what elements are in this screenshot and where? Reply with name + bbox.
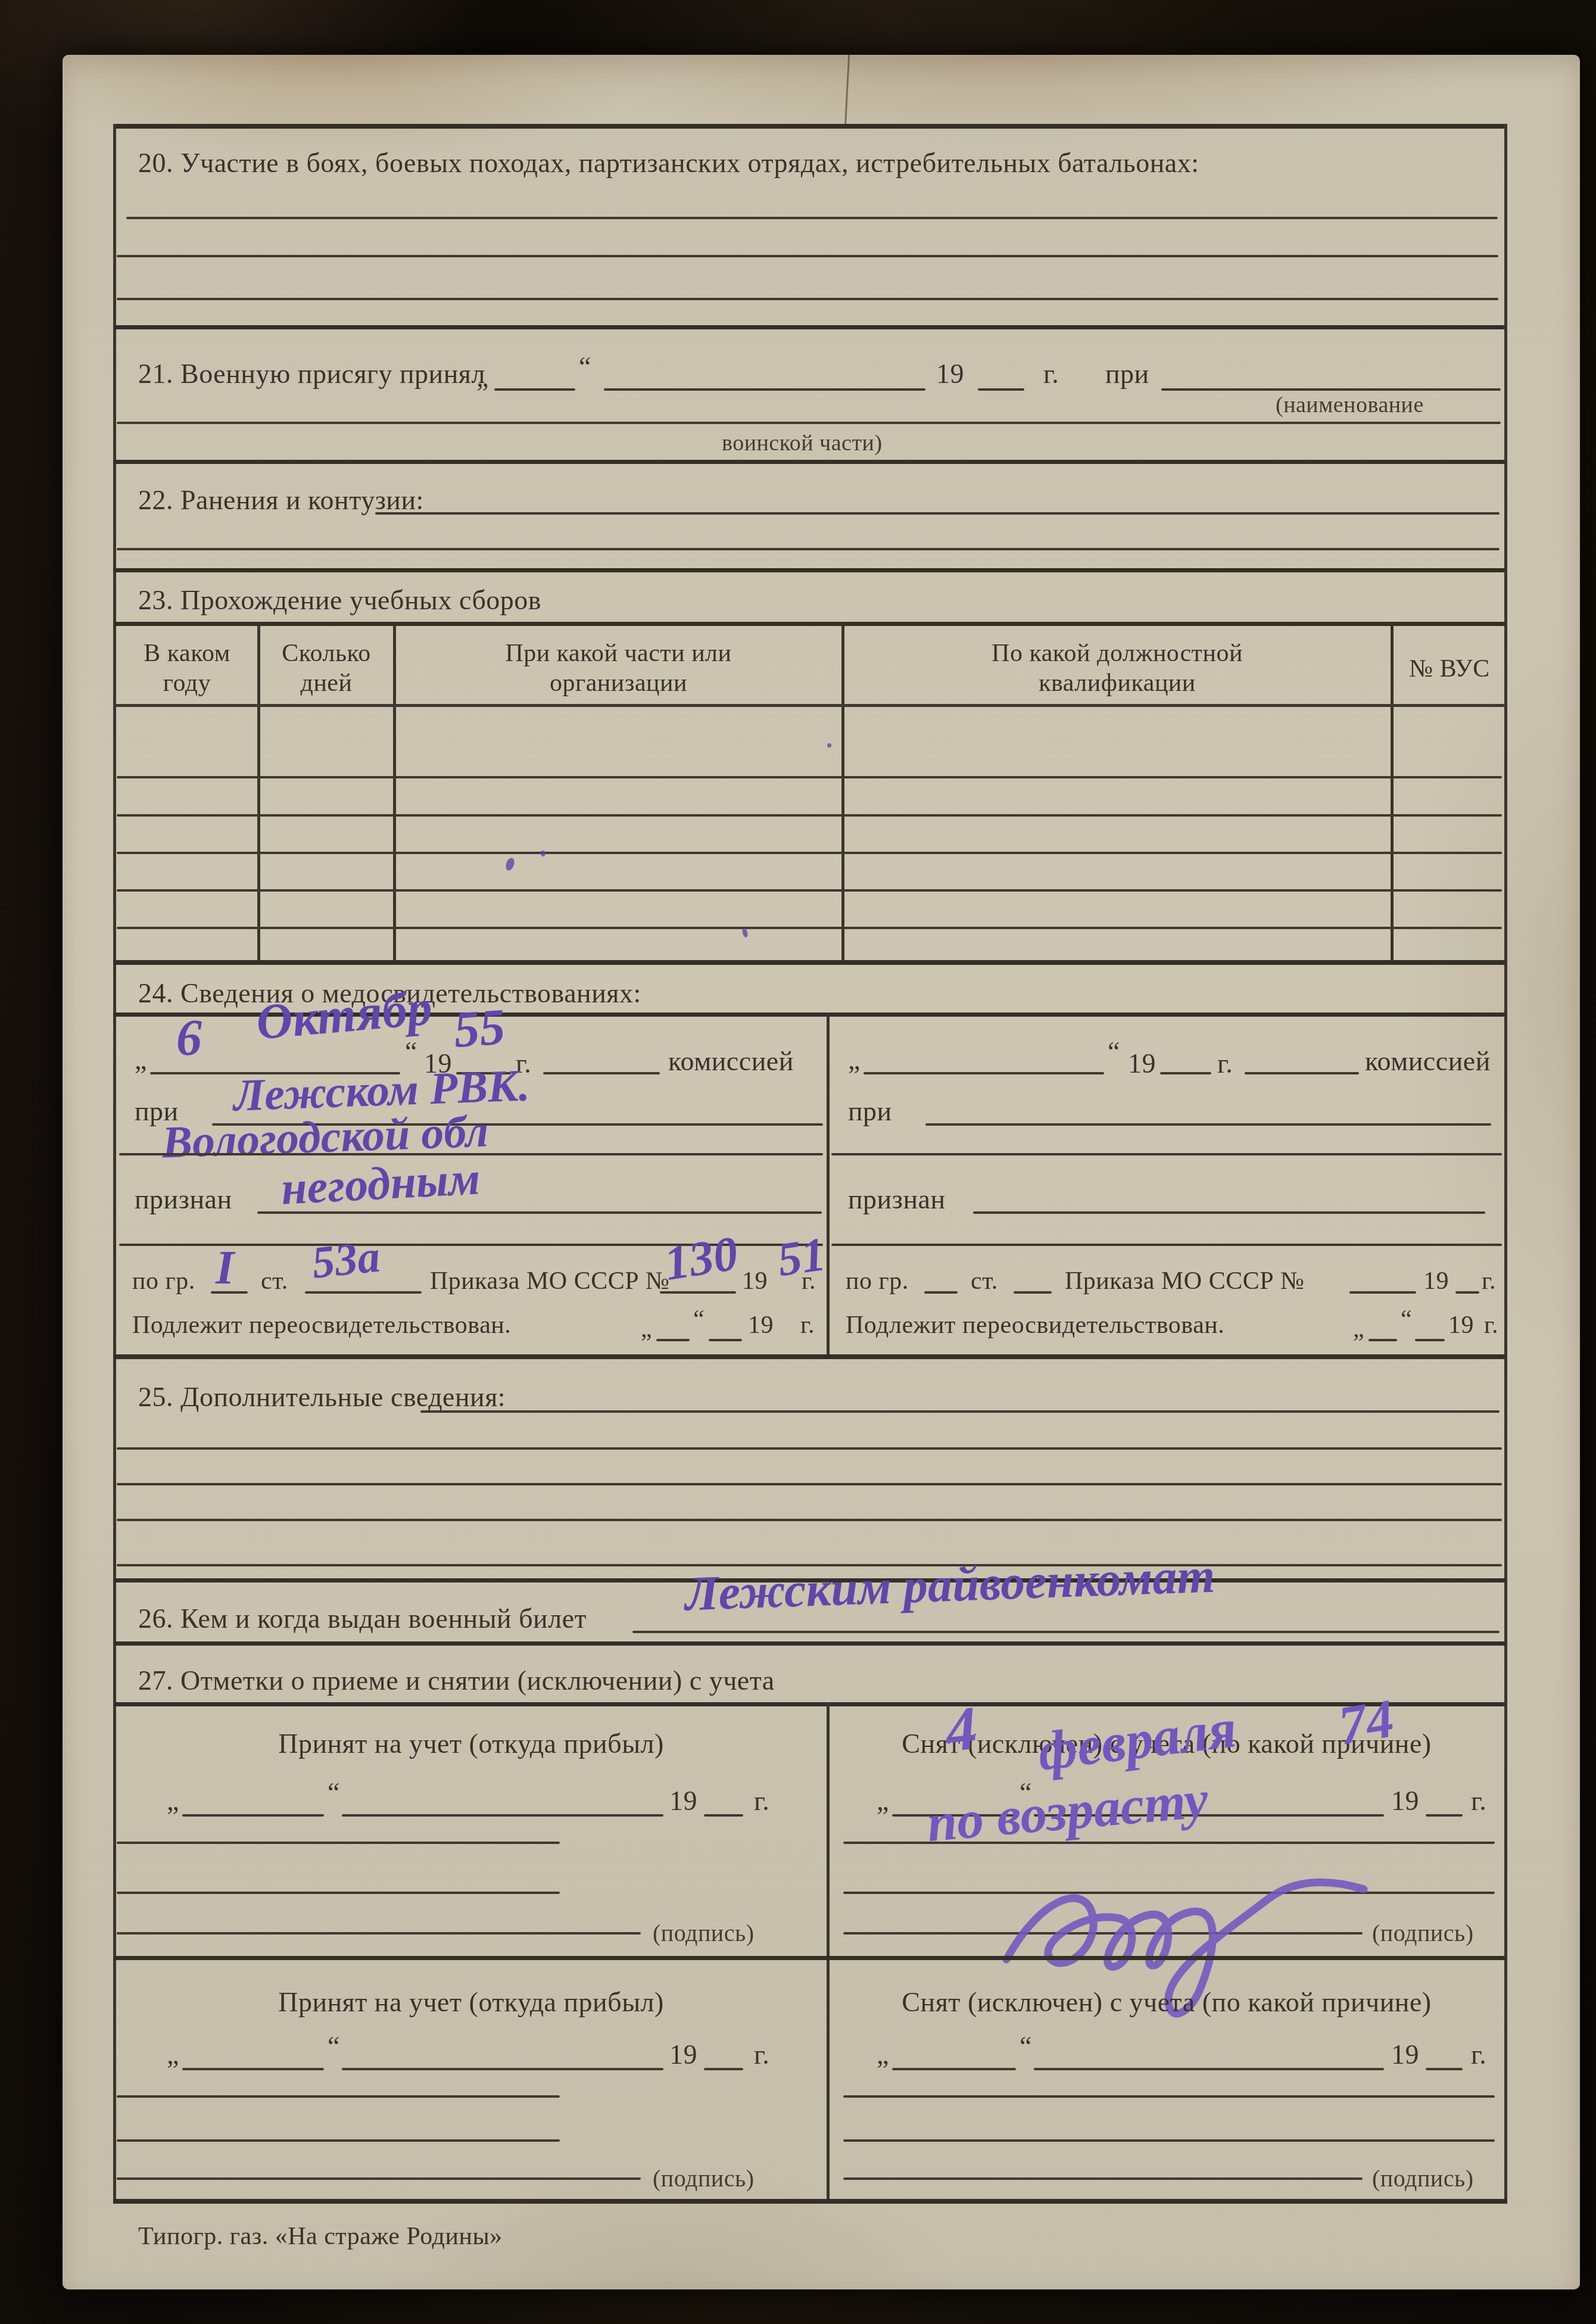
open-quote: „ bbox=[641, 1314, 652, 1344]
po-gr-label: по гр. bbox=[132, 1266, 195, 1296]
ruled-line bbox=[117, 1447, 1502, 1450]
open-quote: „ bbox=[476, 361, 489, 394]
year-19: 19 bbox=[748, 1310, 774, 1340]
hw-order-no: 130 bbox=[660, 1225, 741, 1292]
blank-line bbox=[709, 1339, 742, 1341]
close-quote: “ bbox=[1020, 2030, 1032, 2063]
scanned-military-record-card: { "colors": { "background": "#0e0a06", "… bbox=[0, 0, 1596, 2324]
frame-right-line bbox=[1504, 124, 1507, 2204]
paper-tear bbox=[844, 55, 850, 127]
ruled-line bbox=[117, 1483, 1502, 1485]
prikaz-label: Приказа МО СССР № bbox=[430, 1266, 670, 1296]
ink-speck bbox=[541, 851, 545, 856]
close-quote: “ bbox=[693, 1304, 705, 1334]
ink-speck bbox=[827, 743, 831, 747]
year-19: 19 bbox=[936, 357, 964, 390]
blank-line bbox=[892, 2068, 1016, 2070]
komissiey-label: комиссией bbox=[668, 1045, 794, 1077]
close-quote: “ bbox=[579, 350, 591, 383]
open-quote: „ bbox=[135, 1043, 147, 1076]
section-20-title: 20. Участие в боях, боевых походах, парт… bbox=[138, 147, 1199, 179]
close-quote: “ bbox=[1108, 1035, 1120, 1068]
prikaz-label: Приказа МО СССР № bbox=[1065, 1266, 1305, 1296]
year-g: г. bbox=[754, 2038, 769, 2071]
podpis-label: (подпись) bbox=[653, 1919, 755, 1948]
open-quote: „ bbox=[877, 1784, 889, 1817]
ruled-line bbox=[843, 2139, 1495, 2142]
hw-removed-year: 74 bbox=[1334, 1686, 1398, 1757]
frame-left-line bbox=[113, 124, 116, 2204]
section-divider-line bbox=[113, 325, 1505, 329]
table-row-line bbox=[117, 889, 1502, 892]
open-quote: „ bbox=[848, 1043, 861, 1076]
podpis-label: (подпись) bbox=[1372, 2164, 1474, 2193]
blank-line bbox=[1161, 388, 1501, 391]
pri-label: при bbox=[848, 1095, 892, 1127]
table-top-line bbox=[113, 622, 1505, 626]
table-header-days: Сколько дней bbox=[260, 638, 393, 699]
blank-line bbox=[660, 1291, 736, 1294]
open-quote: „ bbox=[167, 2038, 179, 2071]
blank-line bbox=[1455, 1291, 1479, 1294]
blank-line bbox=[925, 1123, 1491, 1126]
table-header-year: В каком году bbox=[117, 638, 257, 699]
ruled-line bbox=[117, 2139, 560, 2142]
blank-line bbox=[656, 1339, 690, 1341]
table-row-line bbox=[117, 776, 1502, 778]
table-header-qualification: По какой должностной квалификации bbox=[844, 638, 1391, 699]
year-19: 19 bbox=[669, 2038, 697, 2071]
blank-line bbox=[375, 512, 1500, 515]
year-g: г. bbox=[802, 1266, 816, 1296]
hw-article: 53а bbox=[310, 1230, 382, 1289]
ruled-line bbox=[843, 2095, 1495, 2098]
hw-med-year: 55 bbox=[452, 996, 507, 1060]
ruled-line bbox=[117, 1892, 560, 1894]
hw-group: I bbox=[216, 1241, 234, 1295]
blank-line bbox=[1349, 1291, 1416, 1294]
blank-line bbox=[973, 1211, 1485, 1214]
year-g: г. bbox=[1043, 357, 1059, 390]
year-19: 19 bbox=[1448, 1310, 1474, 1340]
hw-med-day: 6 bbox=[176, 1008, 202, 1067]
blank-line bbox=[1160, 1072, 1211, 1074]
section-divider-line bbox=[113, 1354, 1505, 1359]
year-g: г. bbox=[1482, 1266, 1496, 1296]
podlezhit-label: Подлежит переосвидетельствован. bbox=[132, 1310, 511, 1340]
table-row-line bbox=[117, 852, 1502, 854]
blank-line bbox=[924, 1291, 958, 1294]
year-g: г. bbox=[800, 1310, 815, 1340]
row-divider-line bbox=[113, 1956, 1505, 1960]
hint-voinskoy-chasti: воинской части) bbox=[722, 430, 883, 457]
year-19: 19 bbox=[1391, 2038, 1419, 2071]
open-quote: „ bbox=[877, 2038, 889, 2071]
year-19: 19 bbox=[669, 1784, 697, 1817]
table-bottom-line bbox=[113, 960, 1505, 965]
blank-line bbox=[494, 388, 575, 391]
section-23-title: 23. Прохождение учебных сборов bbox=[138, 584, 541, 616]
ruled-line bbox=[831, 1244, 1502, 1246]
year-g: г. bbox=[1484, 1310, 1498, 1340]
table-row-line bbox=[117, 927, 1502, 929]
blank-line bbox=[1369, 1339, 1397, 1341]
section-divider-line bbox=[113, 460, 1505, 464]
blank-line bbox=[864, 1072, 1104, 1074]
hint-naimenovanie: (наименование bbox=[1276, 392, 1424, 419]
removed-header: Снят (исключен) с учета (по какой причин… bbox=[830, 1986, 1503, 2018]
section-26-title: 26. Кем и когда выдан военный билет bbox=[138, 1602, 587, 1635]
ruled-line bbox=[831, 1153, 1502, 1155]
blank-line bbox=[182, 1814, 324, 1817]
blank-line bbox=[604, 388, 925, 391]
section-27-divider bbox=[827, 1702, 830, 2199]
section-24-divider bbox=[827, 1013, 830, 1359]
ruled-line bbox=[117, 1519, 1502, 1521]
section-divider-line bbox=[113, 1641, 1505, 1646]
blank-line bbox=[543, 1072, 660, 1074]
accepted-header: Принят на учет (откуда прибыл) bbox=[117, 1986, 825, 2018]
ruled-line bbox=[117, 1842, 560, 1844]
open-quote: „ bbox=[1353, 1314, 1364, 1344]
table-row-line bbox=[117, 814, 1502, 817]
signature-line bbox=[117, 1932, 641, 1934]
year-19: 19 bbox=[1423, 1266, 1449, 1296]
blank-line bbox=[1034, 2068, 1384, 2070]
priznan-label: признан bbox=[135, 1183, 232, 1216]
year-g: г. bbox=[1471, 1784, 1486, 1817]
blank-line bbox=[704, 2068, 743, 2070]
pri-label: при bbox=[1105, 357, 1149, 390]
blank-line bbox=[420, 1410, 1500, 1413]
blank-line bbox=[1426, 2068, 1463, 2070]
st-label: ст. bbox=[971, 1266, 998, 1296]
section-25-title: 25. Дополнительные сведения: bbox=[138, 1381, 506, 1413]
st-label: ст. bbox=[261, 1266, 288, 1296]
table-header-vus: № ВУС bbox=[1393, 654, 1506, 684]
ruled-line bbox=[117, 298, 1498, 300]
podpis-label: (подпись) bbox=[653, 2164, 755, 2193]
blank-line bbox=[342, 1814, 663, 1817]
close-quote: “ bbox=[1401, 1304, 1412, 1334]
year-g: г. bbox=[1217, 1047, 1233, 1080]
blank-line bbox=[1426, 1814, 1463, 1817]
komissiey-label: комиссией bbox=[1365, 1045, 1491, 1077]
table-header-bottom-line bbox=[113, 704, 1505, 707]
close-quote: “ bbox=[328, 2030, 340, 2063]
year-g: г. bbox=[754, 1784, 769, 1817]
po-gr-label: по гр. bbox=[846, 1266, 909, 1296]
priznan-label: признан bbox=[848, 1183, 946, 1216]
year-19: 19 bbox=[1128, 1047, 1156, 1080]
open-quote: „ bbox=[167, 1784, 179, 1817]
ruled-line bbox=[117, 2095, 560, 2098]
blank-line bbox=[1415, 1339, 1445, 1341]
year-19: 19 bbox=[742, 1266, 768, 1296]
signature-line bbox=[843, 2177, 1363, 2180]
frame-bottom-line bbox=[113, 2199, 1507, 2204]
close-quote: “ bbox=[328, 1776, 340, 1809]
section-22-title: 22. Ранения и контузии: bbox=[138, 484, 424, 516]
section-divider-line bbox=[113, 568, 1505, 572]
section-21-title: 21. Военную присягу принял bbox=[138, 357, 485, 390]
blank-line bbox=[342, 2068, 663, 2070]
frame-top-line bbox=[113, 124, 1507, 129]
year-19: 19 bbox=[1391, 1784, 1419, 1817]
blank-line bbox=[1245, 1072, 1359, 1074]
blank-line bbox=[1014, 1291, 1052, 1294]
ruled-line bbox=[126, 217, 1498, 219]
year-g: г. bbox=[1471, 2038, 1486, 2071]
printer-imprint: Типогр. газ. «На страже Родины» bbox=[138, 2222, 503, 2251]
section-27-title: 27. Отметки о приеме и снятии (исключени… bbox=[138, 1664, 775, 1697]
podlezhit-label: Подлежит переосвидетельствован. bbox=[846, 1310, 1224, 1340]
blank-line bbox=[182, 2068, 324, 2070]
signature-line bbox=[117, 2177, 641, 2180]
blank-line bbox=[704, 1814, 743, 1817]
ruled-line bbox=[117, 255, 1498, 257]
accepted-header: Принят на учет (откуда прибыл) bbox=[117, 1727, 825, 1760]
blank-line bbox=[632, 1631, 1500, 1633]
ruled-line bbox=[117, 548, 1500, 550]
close-quote: “ bbox=[405, 1035, 417, 1068]
hw-verdict: негодным bbox=[280, 1151, 482, 1215]
blank-line bbox=[305, 1291, 422, 1294]
ruled-line bbox=[117, 422, 1501, 424]
blank-line bbox=[978, 388, 1024, 391]
table-header-unit: При какой части или организации bbox=[395, 638, 841, 699]
section-top-line bbox=[113, 1702, 1505, 1706]
